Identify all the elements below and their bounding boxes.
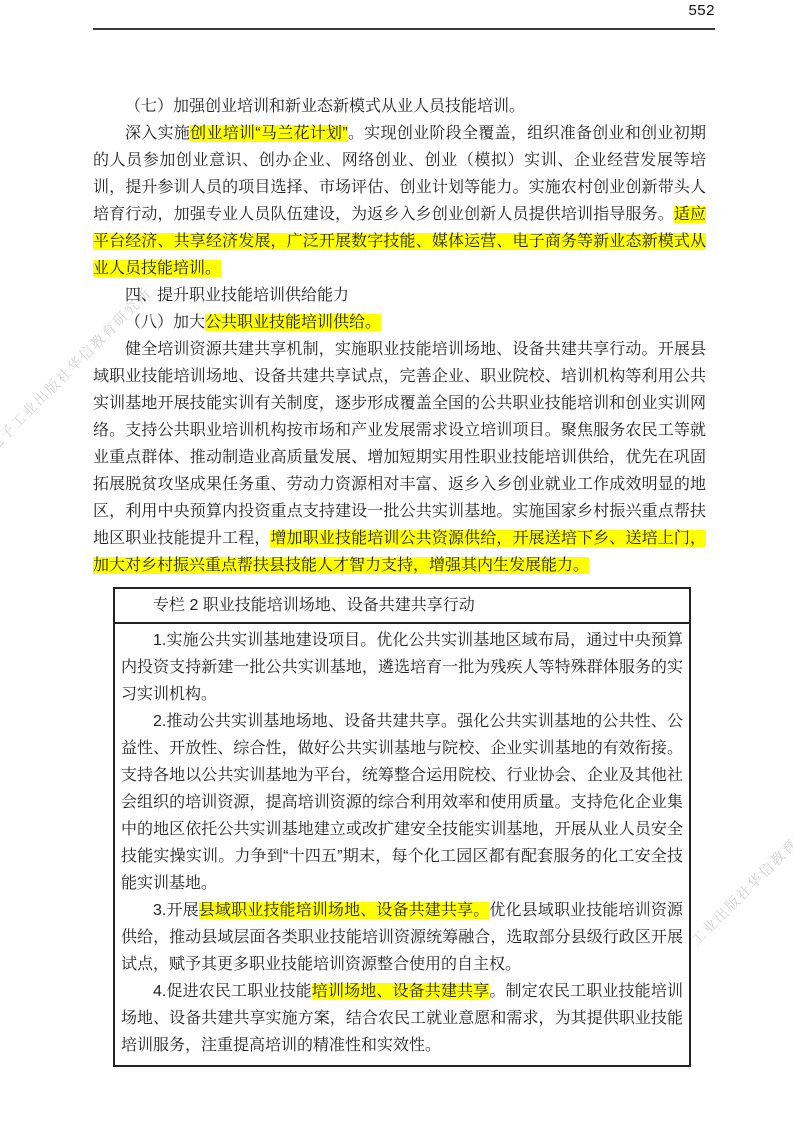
text-run: 2.推动公共实训基地场地、设备共建共享。强化公共实训基地的公共性、公益性、开放性… [121,713,683,892]
highlighted-text: 创业培训“马兰花计划” [190,125,348,142]
text-run: 四、提升职业技能培训供给能力 [125,287,349,304]
header-rule [93,28,715,30]
page-number: 552 [688,2,715,19]
section-heading: （七）加强创业培训和新业态新模式从业人员技能培训。 [93,93,706,120]
highlighted-text: 县域职业技能培训场地、设备共建共享。 [199,902,490,919]
box-paragraph: 3.开展县域职业技能培训场地、设备共建共享。优化县域职业技能培训资源供给，推动县… [121,897,683,978]
text-run: 3.开展 [153,902,199,919]
chapter-heading: 四、提升职业技能培训供给能力 [93,282,706,309]
text-run: （七）加强创业培训和新业态新模式从业人员技能培训。 [125,98,525,115]
highlighted-text: 公共职业技能培训供给。 [205,314,381,331]
box-paragraph: 4.促进农民工职业技能培训场地、设备共建共享。制定农民工职业技能培训场地、设备共… [121,978,683,1059]
paragraph: 健全培训资源共建共享机制，实施职业技能培训场地、设备共建共享行动。开展县域职业技… [93,336,706,579]
box-paragraph: 2.推动公共实训基地场地、设备共建共享。强化公共实训基地的公共性、公益性、开放性… [121,708,683,897]
paragraph: 深入实施创业培训“马兰花计划”。实现创业阶段全覆盖，组织准备创业和创业初期的人员… [93,120,706,282]
text-run: 深入实施 [125,125,190,142]
highlighted-text: 培训场地、设备共建共享 [312,983,490,1000]
column-box-title: 专栏 2 职业技能培训场地、设备共建共享行动 [115,589,689,624]
document-body: （七）加强创业培训和新业态新模式从业人员技能培训。 深入实施创业培训“马兰花计划… [93,93,706,1067]
text-run: 4.促进农民工职业技能 [153,983,312,1000]
box-paragraph: 1.实施公共实训基地建设项目。优化公共实训基地区域布局，通过中央预算内投资支持新… [121,627,683,708]
section-heading: （八）加大公共职业技能培训供给。 [93,309,706,336]
document-page: 电子工业出版社华信教育研究所 电子工业出版社华信教育研究所 552 （七）加强创… [0,0,793,1122]
column-box: 专栏 2 职业技能培训场地、设备共建共享行动 1.实施公共实训基地建设项目。优化… [113,587,691,1067]
text-run: 1.实施公共实训基地建设项目。优化公共实训基地区域布局，通过中央预算内投资支持新… [121,632,683,703]
text-run: （八）加大 [125,314,205,331]
text-run: 健全培训资源共建共享机制，实施职业技能培训场地、设备共建共享行动。开展县域职业技… [93,341,706,547]
column-box-body: 1.实施公共实训基地建设项目。优化公共实训基地区域布局，通过中央预算内投资支持新… [115,624,689,1065]
